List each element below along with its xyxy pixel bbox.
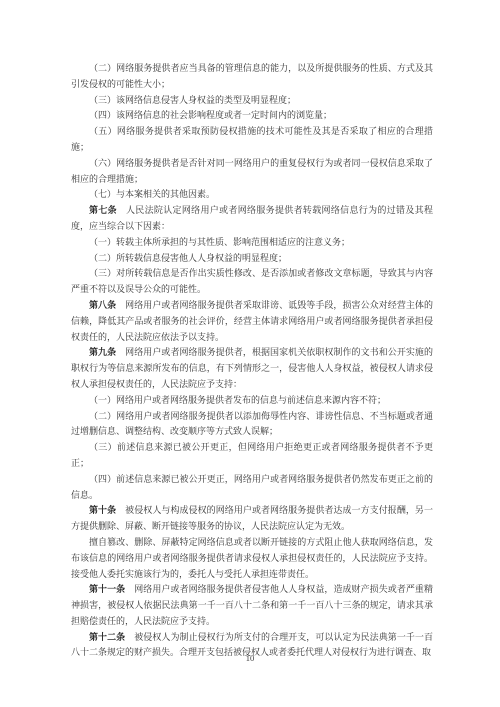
paragraph-text: （三）该网络信息侵害人身权益的类型及明显程度；: [89, 95, 296, 105]
article-paragraph: 第八条网络用户或者网络服务提供者采取诽谤、诋毁等手段，损害公众对经营主体的信赖，…: [71, 298, 433, 345]
paragraph-text: （二）网络用户或者网络服务提供者以添加侮辱性内容、诽谤性信息、不当标题或者通过增…: [71, 411, 433, 437]
article-paragraph: 第七条人民法院认定网络用户或者网络服务提供者转载网络信息行为的过错及其程度，应当…: [71, 203, 433, 235]
paragraph: （一）转载主体所承担的与其性质、影响范围相适应的注意义务；: [71, 235, 433, 251]
paragraph: （四）该网络信息的社会影响程度或者一定时间内的浏览量；: [71, 108, 433, 124]
paragraph-text: （一）转载主体所承担的与其性质、影响范围相适应的注意义务；: [89, 237, 350, 247]
article-number: 第九条: [89, 347, 116, 357]
paragraph: （四）前述信息来源已被公开更正，网络用户或者网络服务提供者仍然发布更正之前的信息…: [71, 472, 433, 504]
article-number: 第七条: [89, 205, 117, 215]
paragraph-text: 人民法院认定网络用户或者网络服务提供者转载网络信息行为的过错及其程度，应当综合以…: [71, 205, 433, 231]
paragraph-text: （一）网络用户或者网络服务提供者发布的信息与前述信息来源内容不符；: [89, 395, 386, 405]
page-number: 10: [0, 653, 500, 663]
article-number: 第十二条: [89, 632, 125, 642]
paragraph-text: （四）前述信息来源已被公开更正，网络用户或者网络服务提供者仍然发布更正之前的信息…: [71, 474, 433, 500]
article-paragraph: 第十一条网络用户或者网络服务提供者侵害他人人身权益，造成财产损失或者严重精神损害…: [71, 582, 433, 629]
article-paragraph: 第十条被侵权人与构成侵权的网络用户或者网络服务提供者达成一方支付报酬，另一方提供…: [71, 503, 433, 535]
article-number: 第八条: [89, 300, 116, 310]
paragraph-text: （六）网络服务提供者是否针对同一网络用户的重复侵权行为或者同一侵权信息采取了相应…: [71, 158, 433, 184]
paragraph: 擅自篡改、删除、屏蔽特定网络信息或者以断开链接的方式阻止他人获取网络信息，发布该…: [71, 535, 433, 582]
article-number: 第十条: [89, 505, 116, 515]
article-paragraph: 第九条网络用户或者网络服务提供者，根据国家机关依职权制作的文书和公开实施的职权行…: [71, 345, 433, 392]
paragraph-text: （二）所转载信息侵害他人人身权益的明显程度；: [89, 253, 287, 263]
document-page: （二）网络服务提供者应当具备的管理信息的能力，以及所提供服务的性质、方式及其引发…: [0, 0, 500, 707]
paragraph-text: （七）与本案相关的其他因素。: [89, 189, 215, 199]
paragraph: （一）网络用户或者网络服务提供者发布的信息与前述信息来源内容不符；: [71, 393, 433, 409]
paragraph: （五）网络服务提供者采取预防侵权措施的技术可能性及其是否采取了相应的合理措施；: [71, 124, 433, 156]
paragraph-text: （四）该网络信息的社会影响程度或者一定时间内的浏览量；: [89, 110, 332, 120]
paragraph-text: （二）网络服务提供者应当具备的管理信息的能力，以及所提供服务的性质、方式及其引发…: [71, 63, 433, 89]
paragraph: （三）前述信息来源已被公开更正，但网络用户拒绝更正或者网络服务提供者不予更正；: [71, 440, 433, 472]
paragraph: （三）对所转载信息是否作出实质性修改、是否添加或者修改文章标题，导致其与内容严重…: [71, 266, 433, 298]
paragraph-text: 网络用户或者网络服务提供者侵害他人人身权益，造成财产损失或者严重精神损害，被侵权…: [71, 584, 433, 626]
document-body: （二）网络服务提供者应当具备的管理信息的能力，以及所提供服务的性质、方式及其引发…: [71, 61, 433, 661]
paragraph: （七）与本案相关的其他因素。: [71, 187, 433, 203]
paragraph: （二）网络用户或者网络服务提供者以添加侮辱性内容、诽谤性信息、不当标题或者通过增…: [71, 409, 433, 441]
paragraph-text: （三）前述信息来源已被公开更正，但网络用户拒绝更正或者网络服务提供者不予更正；: [71, 442, 433, 468]
paragraph-text: （三）对所转载信息是否作出实质性修改、是否添加或者修改文章标题，导致其与内容严重…: [71, 268, 433, 294]
paragraph-text: 被侵权人与构成侵权的网络用户或者网络服务提供者达成一方支付报酬，另一方提供删除、…: [71, 505, 433, 531]
paragraph: （二）所转载信息侵害他人人身权益的明显程度；: [71, 251, 433, 267]
article-number: 第十一条: [89, 584, 125, 594]
paragraph-text: 网络用户或者网络服务提供者，根据国家机关依职权制作的文书和公开实施的职权行为等信…: [71, 347, 433, 389]
paragraph-text: 擅自篡改、删除、屏蔽特定网络信息或者以断开链接的方式阻止他人获取网络信息，发布该…: [71, 537, 433, 579]
paragraph-text: （五）网络服务提供者采取预防侵权措施的技术可能性及其是否采取了相应的合理措施；: [71, 126, 433, 152]
paragraph: （六）网络服务提供者是否针对同一网络用户的重复侵权行为或者同一侵权信息采取了相应…: [71, 156, 433, 188]
paragraph: （三）该网络信息侵害人身权益的类型及明显程度；: [71, 93, 433, 109]
paragraph-text: 网络用户或者网络服务提供者采取诽谤、诋毁等手段，损害公众对经营主体的信赖，降低其…: [71, 300, 433, 342]
paragraph: （二）网络服务提供者应当具备的管理信息的能力，以及所提供服务的性质、方式及其引发…: [71, 61, 433, 93]
